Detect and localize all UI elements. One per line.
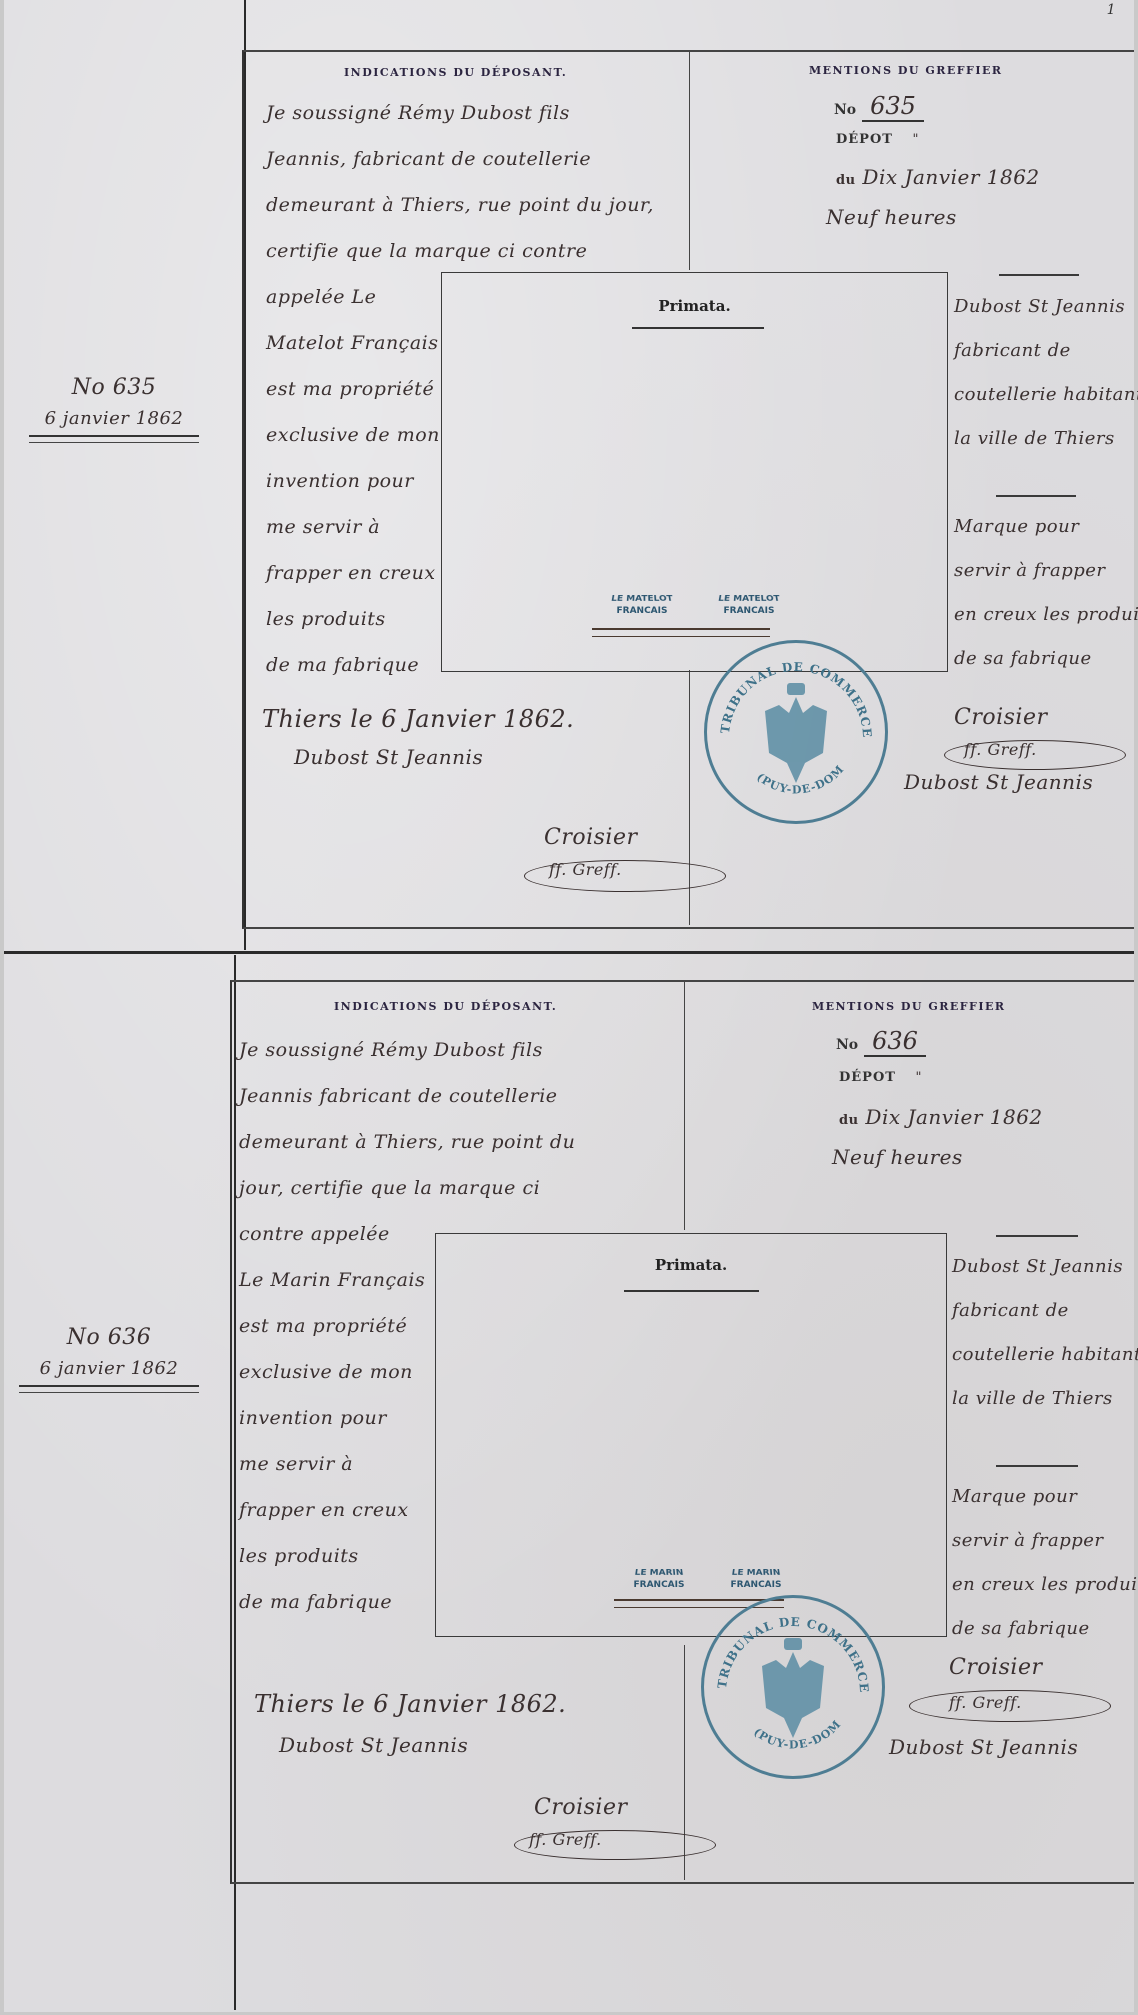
tribunal-seal: TRIBUNAL DE COMMERCE DE THIERS (PUY-DE-D… — [701, 1595, 885, 1779]
margin-note: No 635 6 janvier 1862 — [29, 375, 199, 443]
seal-text-icon: TRIBUNAL DE COMMERCE DE THIERS (PUY-DE-D… — [704, 1598, 882, 1776]
depositor-signature: Dubost St Jeannis — [889, 1735, 1078, 1759]
column-divider — [684, 980, 685, 1230]
depot-date: du Dix Janvier 1862 — [836, 165, 1040, 189]
margin-note: No 636 6 janvier 1862 — [19, 1325, 199, 1393]
trademark-double-rule — [592, 628, 770, 637]
declaration-line: jour, certifie que la marque ci — [239, 1165, 575, 1211]
place-date: Thiers le 6 Janvier 1862. — [262, 705, 574, 733]
clerk-purpose-info: Marque pour servir à frapper en creux le… — [954, 505, 1138, 681]
declaration-line: Jeannis, fabricant de coutellerie — [266, 136, 654, 182]
eagle-icon — [765, 683, 827, 783]
depositor-column-header: INDICATIONS DU DÉPOSANT. — [334, 1000, 557, 1013]
depot-label: DÉPOT " — [839, 1070, 922, 1085]
declaration-line: Je soussigné Rémy Dubost fils — [266, 90, 654, 136]
clerk-depositor-info: Dubost St Jeannis fabricant de couteller… — [952, 1245, 1138, 1421]
clerk-signature: Croisier — [949, 1655, 1043, 1680]
section-rule — [996, 1465, 1078, 1467]
register-page: 1 No 635 6 janvier 1862 INDICATIONS DU D… — [4, 0, 1134, 2012]
depot-hour: Neuf heures — [826, 205, 957, 229]
tribunal-seal: TRIBUNAL DE COMMERCE DE THIERS (PUY-DE-D… — [704, 640, 888, 824]
clerk-paraph: ff. Greff. — [549, 860, 622, 879]
trademark-impression: LE MATELOT FRANCAIS — [704, 593, 794, 633]
place-date: Thiers le 6 Janvier 1862. — [254, 1690, 566, 1718]
clerk-column-header: MENTIONS DU GREFFIER — [809, 64, 1003, 77]
register-entry-1: No 635 6 janvier 1862 INDICATIONS DU DÉP… — [4, 0, 1134, 950]
margin-note-double-rule — [19, 1385, 199, 1393]
depositor-signature: Dubost St Jeannis — [279, 1733, 468, 1757]
entry-divider — [4, 951, 1134, 954]
declaration-line: Je soussigné Rémy Dubost fils — [239, 1027, 575, 1073]
clerk-paraph: ff. Greff. — [529, 1830, 602, 1849]
clerk-paraph: ff. Greff. — [964, 740, 1037, 759]
declaration-line: demeurant à Thiers, rue point du jour, — [266, 182, 654, 228]
title-underline — [632, 327, 764, 329]
declaration-line: Jeannis fabricant de coutellerie — [239, 1073, 575, 1119]
margin-note-number: No 635 — [29, 375, 199, 400]
eagle-icon — [762, 1638, 824, 1738]
section-rule — [996, 1235, 1078, 1237]
margin-note-number: No 636 — [19, 1325, 199, 1350]
depositor-signature: Dubost St Jeannis — [904, 770, 1093, 794]
trademark-box-title: Primata. — [442, 297, 947, 315]
depot-hour: Neuf heures — [832, 1145, 963, 1169]
clerk-purpose-info: Marque pour servir à frapper en creux le… — [952, 1475, 1138, 1651]
registration-number: No635 — [834, 92, 924, 120]
clerk-depositor-info: Dubost St Jeannis fabricant de couteller… — [954, 285, 1138, 461]
depositor-column-header: INDICATIONS DU DÉPOSANT. — [344, 66, 567, 79]
margin-note-double-rule — [29, 435, 199, 443]
seal-text-icon: TRIBUNAL DE COMMERCE DE THIERS (PUY-DE-D… — [707, 643, 885, 821]
margin-note-date: 6 janvier 1862 — [29, 408, 199, 429]
clerk-column-header: MENTIONS DU GREFFIER — [812, 1000, 1006, 1013]
clerk-signature: Croisier — [954, 705, 1048, 730]
section-rule — [999, 274, 1079, 276]
section-rule — [996, 495, 1076, 497]
trademark-impression: LE MATELOT FRANCAIS — [597, 593, 687, 633]
registration-number: No636 — [836, 1027, 926, 1055]
trademark-box: Primata. LE MATELOT FRANCAIS LE MATELOT … — [441, 272, 948, 672]
declaration-line: demeurant à Thiers, rue point du — [239, 1119, 575, 1165]
clerk-signature: Croisier — [544, 825, 638, 850]
trademark-box: Primata. LE MARIN FRANCAIS LE MARIN FRAN… — [435, 1233, 947, 1637]
declaration-line: certifie que la marque ci contre — [266, 228, 654, 274]
register-entry-2: No 636 6 janvier 1862 INDICATIONS DU DÉP… — [4, 955, 1134, 2012]
margin-note-date: 6 janvier 1862 — [19, 1358, 199, 1379]
title-underline — [624, 1290, 759, 1292]
trademark-box-title: Primata. — [436, 1256, 946, 1274]
depositor-signature: Dubost St Jeannis — [294, 745, 483, 769]
column-divider — [689, 50, 690, 270]
clerk-signature: Croisier — [534, 1795, 628, 1820]
clerk-paraph: ff. Greff. — [949, 1693, 1022, 1712]
depot-date: du Dix Janvier 1862 — [839, 1105, 1043, 1129]
depot-label: DÉPOT " — [836, 132, 919, 147]
